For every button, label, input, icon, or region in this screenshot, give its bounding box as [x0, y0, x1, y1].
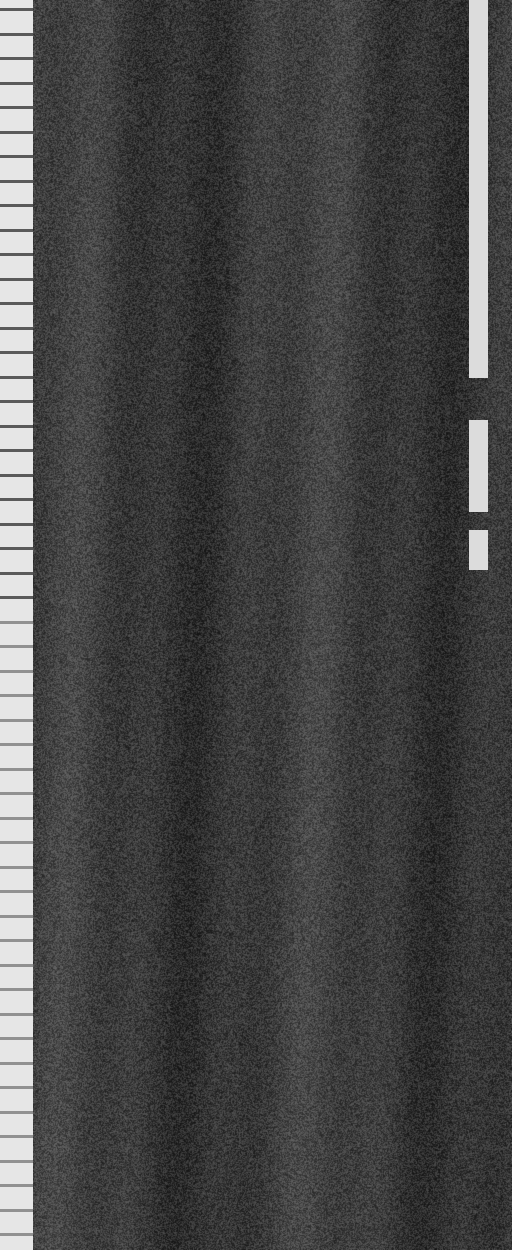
crosswalk-gap	[0, 841, 33, 844]
crosswalk-gap	[0, 351, 33, 354]
crosswalk-gap	[0, 719, 33, 722]
crosswalk-gap	[0, 1160, 33, 1163]
crosswalk-gap	[0, 792, 33, 795]
crosswalk-gap	[0, 547, 33, 550]
crosswalk-gap	[0, 964, 33, 967]
crosswalk-gap	[0, 376, 33, 379]
crosswalk-gap	[0, 131, 33, 134]
crosswalk-gap	[0, 817, 33, 820]
crosswalk-gap	[0, 988, 33, 991]
crosswalk-gap	[0, 1086, 33, 1089]
crosswalk-gap	[0, 768, 33, 771]
lane-line-segment	[469, 0, 488, 378]
crosswalk-gap	[0, 278, 33, 281]
crosswalk-gap	[0, 229, 33, 232]
crosswalk-gap	[0, 449, 33, 452]
crosswalk-gap	[0, 523, 33, 526]
crosswalk-gap	[0, 694, 33, 697]
asphalt-texture	[0, 0, 512, 1250]
crosswalk-gap	[0, 400, 33, 403]
crosswalk-gap	[0, 180, 33, 183]
crosswalk-gap	[0, 1209, 33, 1212]
crosswalk-gap	[0, 743, 33, 746]
crosswalk-gap	[0, 106, 33, 109]
crosswalk-gap	[0, 866, 33, 869]
crosswalk-gap	[0, 1135, 33, 1138]
crosswalk-gap	[0, 1037, 33, 1040]
crosswalk-gap	[0, 1062, 33, 1065]
crosswalk-gap	[0, 1111, 33, 1114]
crosswalk-gap	[0, 596, 33, 599]
crosswalk-gap	[0, 425, 33, 428]
crosswalk-gap	[0, 645, 33, 648]
crosswalk-gap	[0, 621, 33, 624]
crosswalk-gap	[0, 670, 33, 673]
crosswalk-gap	[0, 498, 33, 501]
crosswalk-gap	[0, 572, 33, 575]
lane-line-segment	[469, 420, 488, 512]
crosswalk-gap	[0, 33, 33, 36]
crosswalk-gap	[0, 327, 33, 330]
crosswalk-gap	[0, 1184, 33, 1187]
aerial-road-photo	[0, 0, 512, 1250]
crosswalk-gap	[0, 474, 33, 477]
crosswalk-gap	[0, 155, 33, 158]
crosswalk-gap	[0, 939, 33, 942]
lane-line-segment	[469, 530, 488, 570]
crosswalk-gap	[0, 8, 33, 11]
crosswalk-gap	[0, 253, 33, 256]
crosswalk-gap	[0, 890, 33, 893]
crosswalk-gap	[0, 1013, 33, 1016]
crosswalk-gap	[0, 204, 33, 207]
crosswalk-gap	[0, 1233, 33, 1236]
crosswalk-gap	[0, 915, 33, 918]
crosswalk-stripes	[0, 0, 33, 1250]
crosswalk-gap	[0, 57, 33, 60]
crosswalk-gap	[0, 82, 33, 85]
crosswalk-gap	[0, 302, 33, 305]
